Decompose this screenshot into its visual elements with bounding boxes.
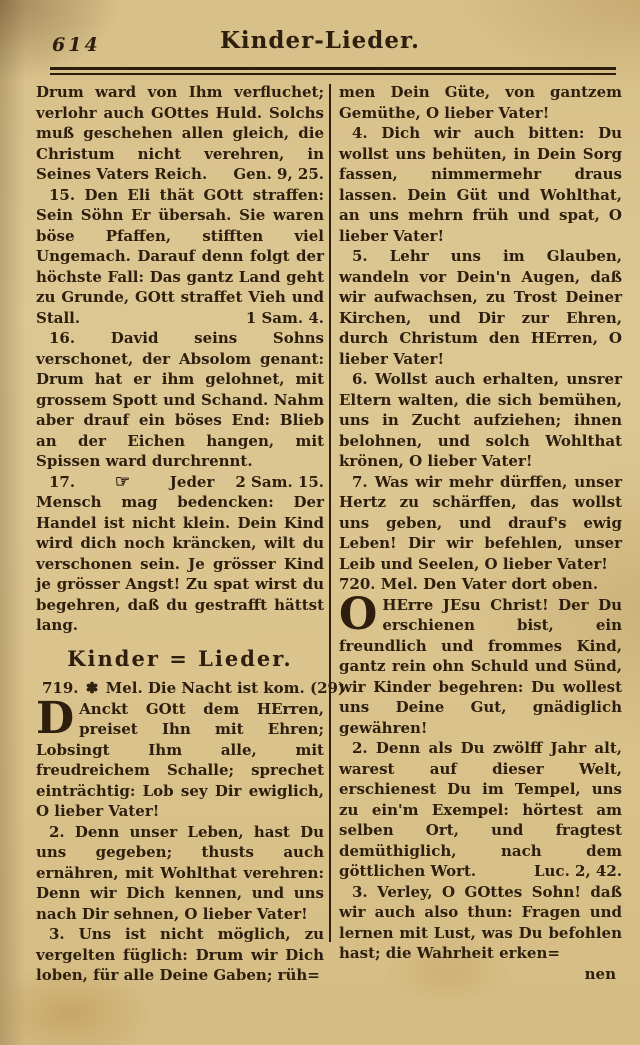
hymn-719-verse-7: 7. Was wir mehr dürffen, unser Hertz zu … [339,472,622,575]
hymn-number: 720. [339,575,376,593]
header-rule [50,67,616,75]
verse-continuation: Drum ward von Ihm verfluchet; verlohr au… [36,82,324,185]
verse-text: 15. Den Eli thät GOtt straffen: Sein Söh… [36,186,324,327]
verse-17: 17. ☞ Jeder Mensch mag bedencken: Der Ha… [36,472,324,636]
melody-reference: Mel. Die Nacht ist kom. (29) [106,679,345,697]
verse-16: 16. David seins Sohns verschonet, der Ab… [36,328,324,472]
verse-15: 15. Den Eli thät GOtt straffen: Sein Söh… [36,185,324,329]
hymn-720-verse-3: 3. Verley, O GOttes Sohn! daß wir auch a… [339,882,622,964]
scripture-reference: Gen. 9, 25. [225,164,324,185]
hymn-719-verse-5: 5. Lehr uns im Glauben, wandeln vor Dein… [339,246,622,369]
hymn-719-verse-4: 4. Dich wir auch bitten: Du wollst uns b… [339,123,622,246]
scripture-reference: 2 Sam. 15. [214,472,324,493]
hymn-719-verse-3-continuation: men Dein Güte, von gantzem Gemüthe, O li… [339,82,622,123]
hymn-719-title: 719. ✽ Mel. Die Nacht ist kom. (29) [36,678,324,699]
verse-text: Jeder Mensch mag bedencken: Der Handel i… [36,473,324,635]
catchword: nen [339,964,622,985]
drop-cap-initial: D [36,699,79,737]
hymn-719-verse-6: 6. Wollst auch erhalten, unsrer Eltern w… [339,369,622,472]
left-column: Drum ward von Ihm verfluchet; verlohr au… [36,82,324,1039]
right-column: men Dein Güte, von gantzem Gemüthe, O li… [334,82,622,1039]
hymn-720-title: 720. Mel. Den Vater dort oben. [339,574,622,595]
flower-ornament-icon: ✽ [84,679,101,697]
text-columns: Drum ward von Ihm verfluchet; verlohr au… [36,82,622,1039]
verse-text: 16. David seins Sohns verschonet, der Ab… [36,329,324,470]
scripture-reference: 1 Sam. 4. [225,308,324,329]
verse-number: 17. [49,473,75,491]
verse-text: HErre JEsu Christ! Der Du erschienen bis… [339,596,622,737]
scanned-book-page: 614 Kinder-Lieder. Drum ward von Ihm ver… [0,0,640,1045]
hymn-720-verse-1: O HErre JEsu Christ! Der Du erschienen b… [339,595,622,739]
hymn-720-verse-2: 2. Denn als Du zwölff Jahr alt, warest a… [339,738,622,882]
hymn-719-verse-2: 2. Denn unser Leben, hast Du uns gegeben… [36,822,324,925]
drop-cap-initial: O [339,595,382,633]
hymn-719-verse-3: 3. Uns ist nicht möglich, zu vergelten f… [36,924,324,986]
manicule-icon: ☞ [112,472,133,492]
melody-reference: Mel. Den Vater dort oben. [381,575,598,593]
running-title: Kinder-Lieder. [0,27,640,54]
hymn-719-verse-1: D Anckt GOtt dem HErren, preiset Ihn mit… [36,699,324,822]
section-heading: Kinder = Lieder. [36,649,324,670]
verse-text: Anckt GOtt dem HErren, preiset Ihn mit E… [36,700,324,821]
scripture-reference: Luc. 2, 42. [513,861,622,882]
hymn-number: 719. [42,679,79,697]
column-divider [329,84,331,942]
verse-text: 2. Denn als Du zwölff Jahr alt, warest a… [339,739,622,880]
